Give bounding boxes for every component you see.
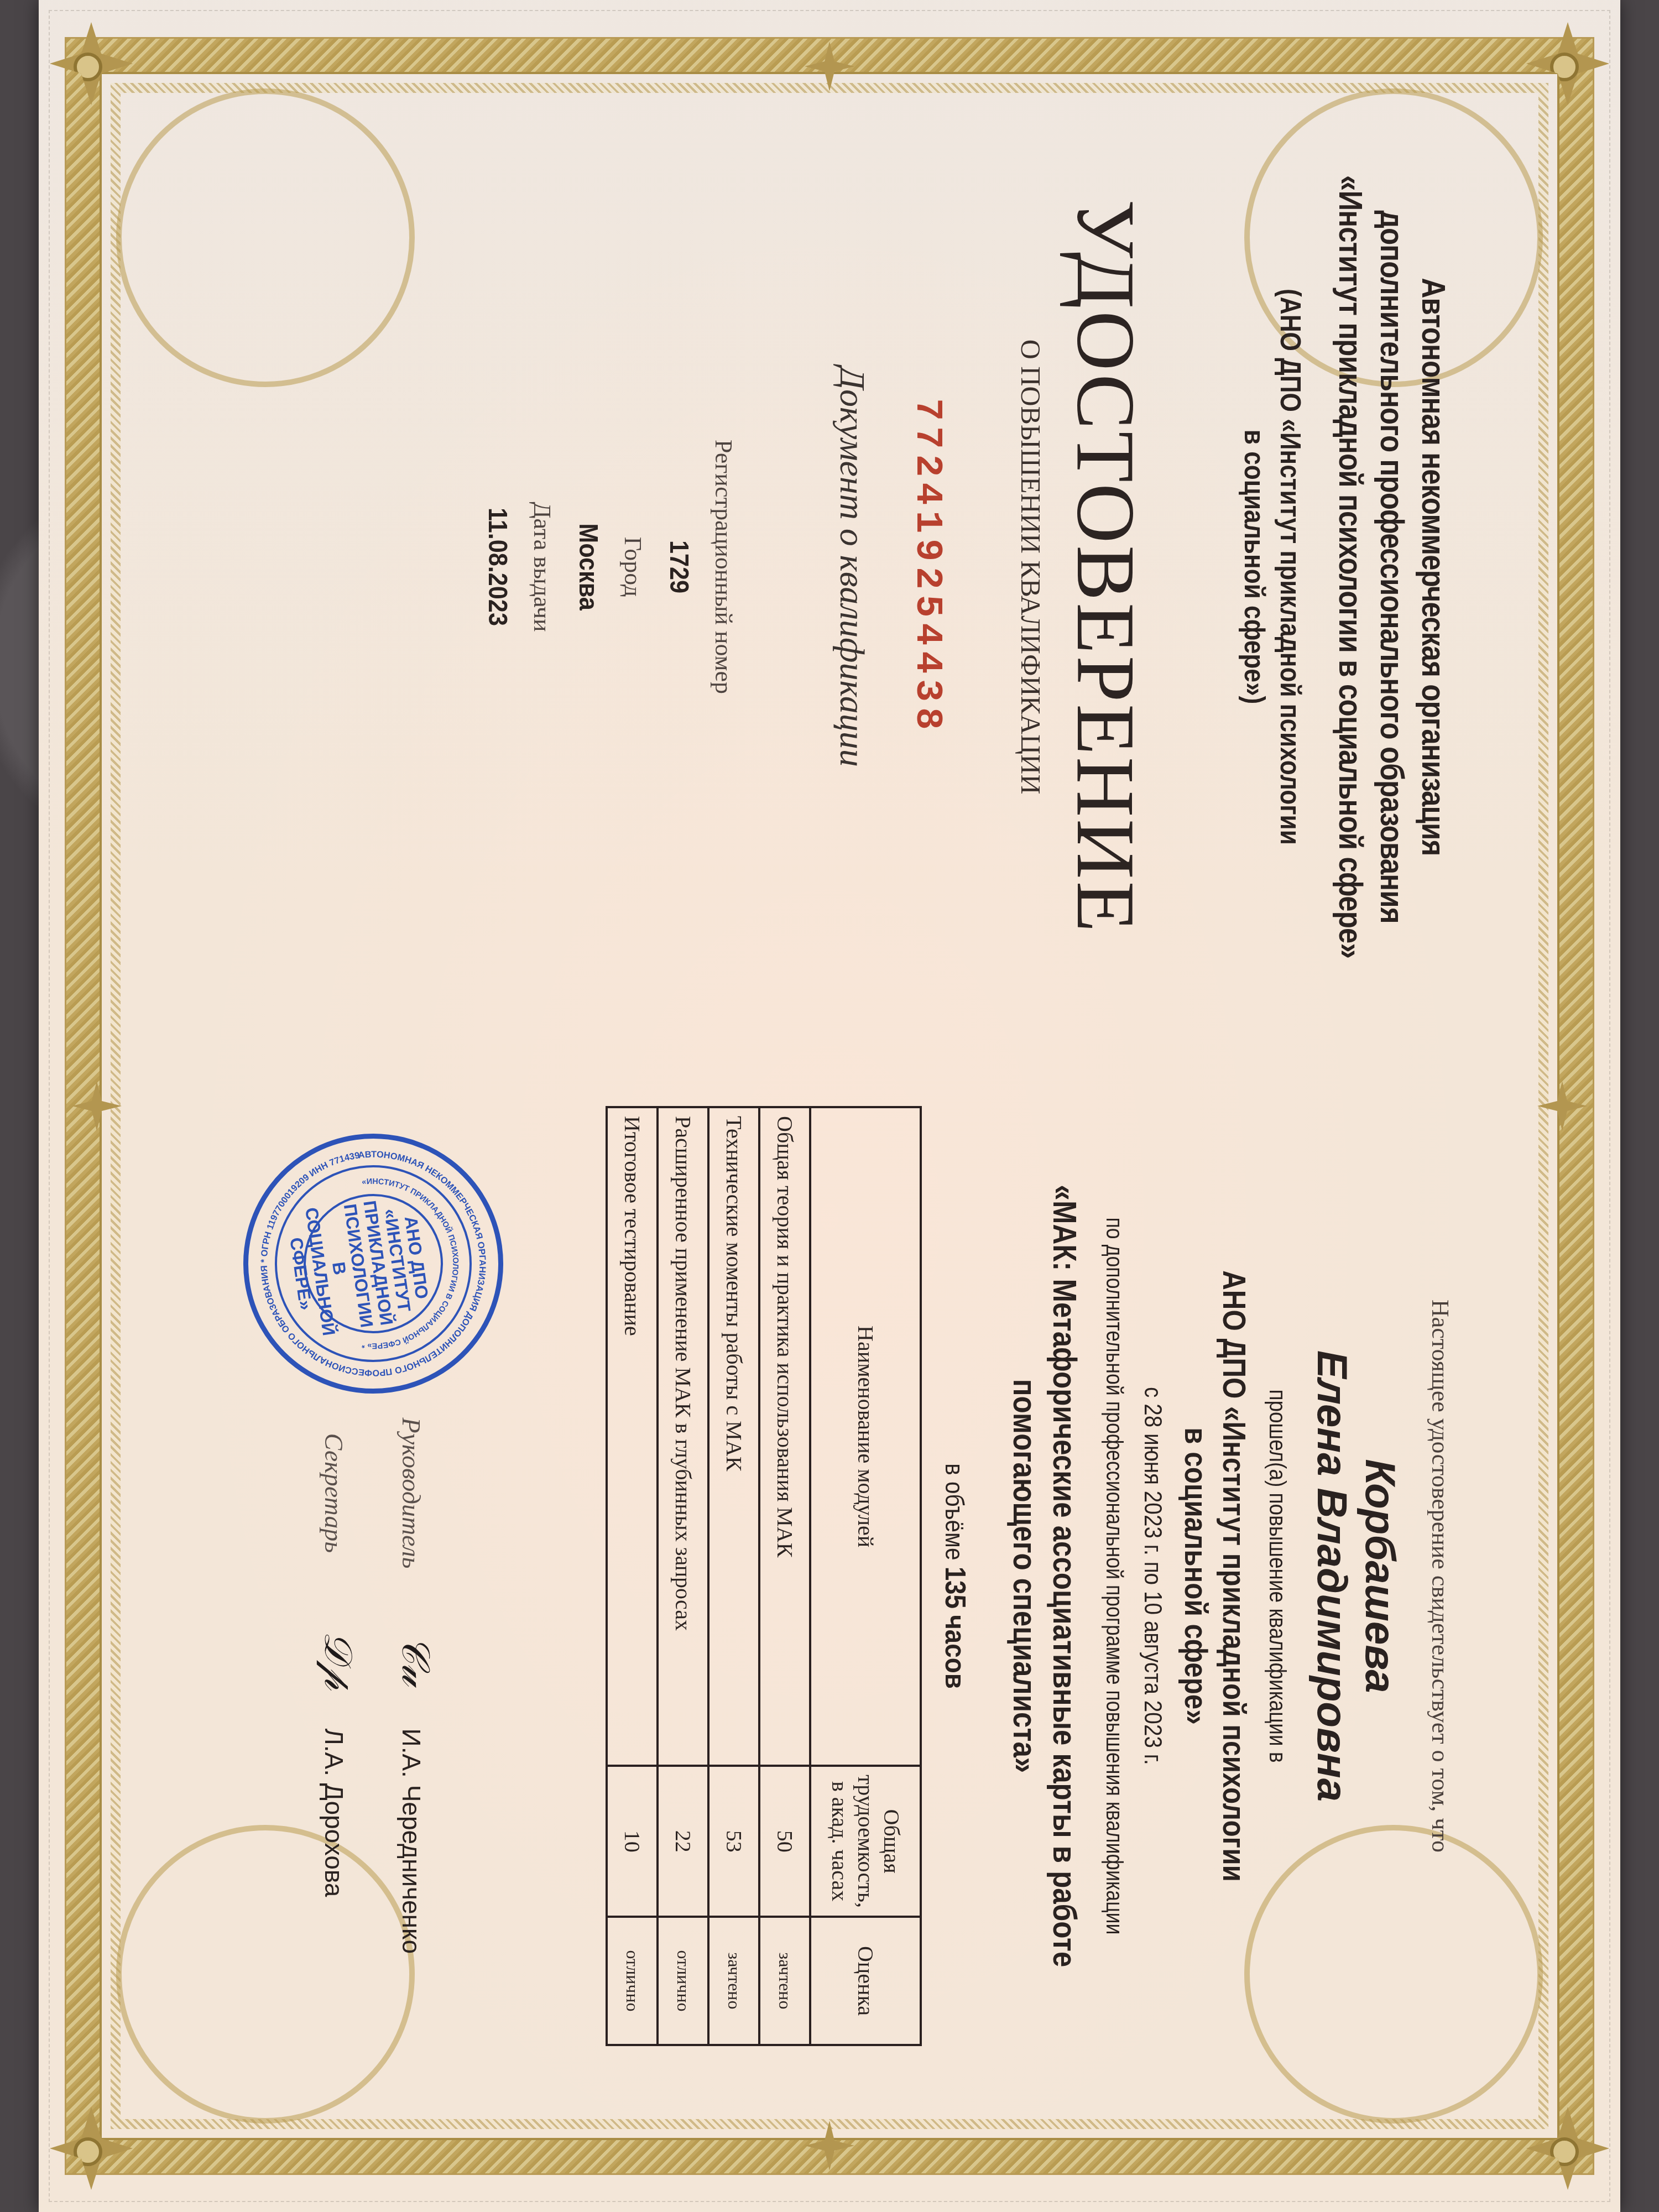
secretary-signature-row: Секретарь 𝒟𝓅 Л.А. Дорохова [315,1394,359,1897]
secretary-name: Л.А. Дорохова [319,1729,349,1897]
volume-suffix: часов [939,1615,971,1689]
org-name-line: дополнительного профессионального образо… [1371,168,1413,967]
star-ornament-icon [805,41,854,91]
institution-line: в социальной сфере» [1176,1177,1215,1976]
cell-grade: зачтено [759,1917,810,2045]
certificate-sheet: Автономная некоммерческая организация до… [39,0,1620,2212]
cell-name: Расширенное применение МАК в глубинных з… [658,1107,708,1766]
document-kind: Документ о квалификации [832,166,873,968]
head-role: Руководитель [397,1394,426,1593]
program-name: «МАК: Метафорические ассоциативные карты… [1005,1177,1084,1976]
intro-text: Настоящее удостоверение свидетельствует … [1426,1106,1454,2046]
secretary-signature-icon: 𝒟𝓅 [315,1600,359,1721]
header-grade: Оценка [810,1917,921,2045]
cell-name: Технические моменты работы с МАК [708,1107,759,1766]
star-ornament-icon [1537,1081,1587,1131]
certificate-header-panel: Автономная некоммерческая организация до… [182,166,1454,968]
org-abbr-line: (АНО ДПО «Институт прикладной психологии [1272,226,1308,908]
cell-name: Итоговое тестирование [607,1107,658,1766]
cell-grade: зачтено [708,1917,759,2045]
registration-number: 1729 [664,206,694,928]
cell-hours: 10 [607,1766,658,1917]
org-abbr-line: в социальной сфере») [1236,226,1272,908]
cell-hours: 53 [708,1766,759,1917]
head-signature-row: Руководитель 𝒞𝓊 И.А. Чередниченко [393,1394,437,1954]
table-row: Расширенное применение МАК в глубинных з… [658,1107,708,2045]
org-name-line: Автономная некоммерческая организация [1413,168,1454,967]
corner-ornament-icon [1526,2107,1609,2190]
certificate-body-panel: Настоящее удостоверение свидетельствует … [182,1106,1454,2046]
program-name-line: помогающего специалиста» [1005,1177,1045,1976]
cell-grade: отлично [658,1917,708,2045]
organization-abbreviation: (АНО ДПО «Институт прикладной психологии… [1236,226,1308,908]
organization-full-name: Автономная некоммерческая организация до… [1330,168,1454,967]
head-name: И.А. Чередниченко [397,1729,426,1954]
head-signature-icon: 𝒞𝓊 [393,1600,437,1721]
modules-table: Наименование модулей Общая трудоемкость,… [606,1106,922,2046]
certificate-meta: Регистрационный номер 1729 Город Москва … [482,166,738,968]
volume-hours: 135 [939,1567,971,1609]
document-title: УДОСТОВЕРЕНИЕ [1058,166,1153,968]
star-ornament-icon [72,1081,122,1131]
training-period: с 28 июня 2023 г. по 10 августа 2023 г. [1139,1162,1166,1990]
city-label: Город [619,166,647,968]
org-name-line: «Институт прикладной психологии в социал… [1330,168,1371,967]
program-volume: в объёме 135 часов [938,1162,972,1990]
table-row: Общая теория и практика использования МА… [759,1107,810,2045]
document-subtitle: О ПОВЫШЕНИИ КВАЛИФИКАЦИИ [1015,166,1047,968]
official-stamp: АВТОНОМНАЯ НЕКОММЕРЧЕСКАЯ ОРГАНИЗАЦИЯ ДО… [227,1117,520,1411]
passed-text: прошел(а) повышение квалификации в [1264,1162,1291,1990]
issue-date-label: Дата выдачи [528,166,556,968]
secretary-role: Секретарь [319,1394,348,1593]
certificate-number: 772419254438 [906,166,948,968]
header-module-name: Наименование модулей [810,1107,921,1766]
registration-number-label: Регистрационный номер [709,166,738,968]
corner-ornament-icon [1526,22,1609,105]
table-row: Итоговое тестирование10отлично [607,1107,658,2045]
recipient-first-middle-name: Елена Владимировна [1307,1106,1355,2046]
city: Москва [573,206,603,928]
cell-hours: 50 [759,1766,810,1917]
issue-date: 11.08.2023 [482,206,513,928]
cell-grade: отлично [607,1917,658,2045]
table-header-row: Наименование модулей Общая трудоемкость,… [810,1107,921,2045]
corner-ornament-icon [50,2107,133,2190]
institution-name: АНО ДПО «Институт прикладной психологии … [1176,1177,1253,1976]
header-hours: Общая трудоемкость, в акад. часах [810,1766,921,1917]
corner-ornament-icon [50,22,133,105]
table-row: Технические моменты работы с МАК53зачтен… [708,1107,759,2045]
program-name-line: «МАК: Метафорические ассоциативные карты… [1045,1177,1084,1976]
volume-prefix: в объёме [940,1463,969,1560]
cell-hours: 22 [658,1766,708,1917]
institution-line: АНО ДПО «Институт прикладной психологии [1215,1177,1254,1976]
program-intro: по дополнительной профессиональной прогр… [1101,1177,1128,1976]
star-ornament-icon [805,2121,854,2171]
stamp-center-text: АНО ДПО«ИНСТИТУТПРИКЛАДНОЙПСИХОЛОГИИ ВСО… [282,1193,435,1339]
cell-name: Общая теория и практика использования МА… [759,1107,810,1766]
recipient-last-name: Корбашева [1356,1106,1404,2046]
